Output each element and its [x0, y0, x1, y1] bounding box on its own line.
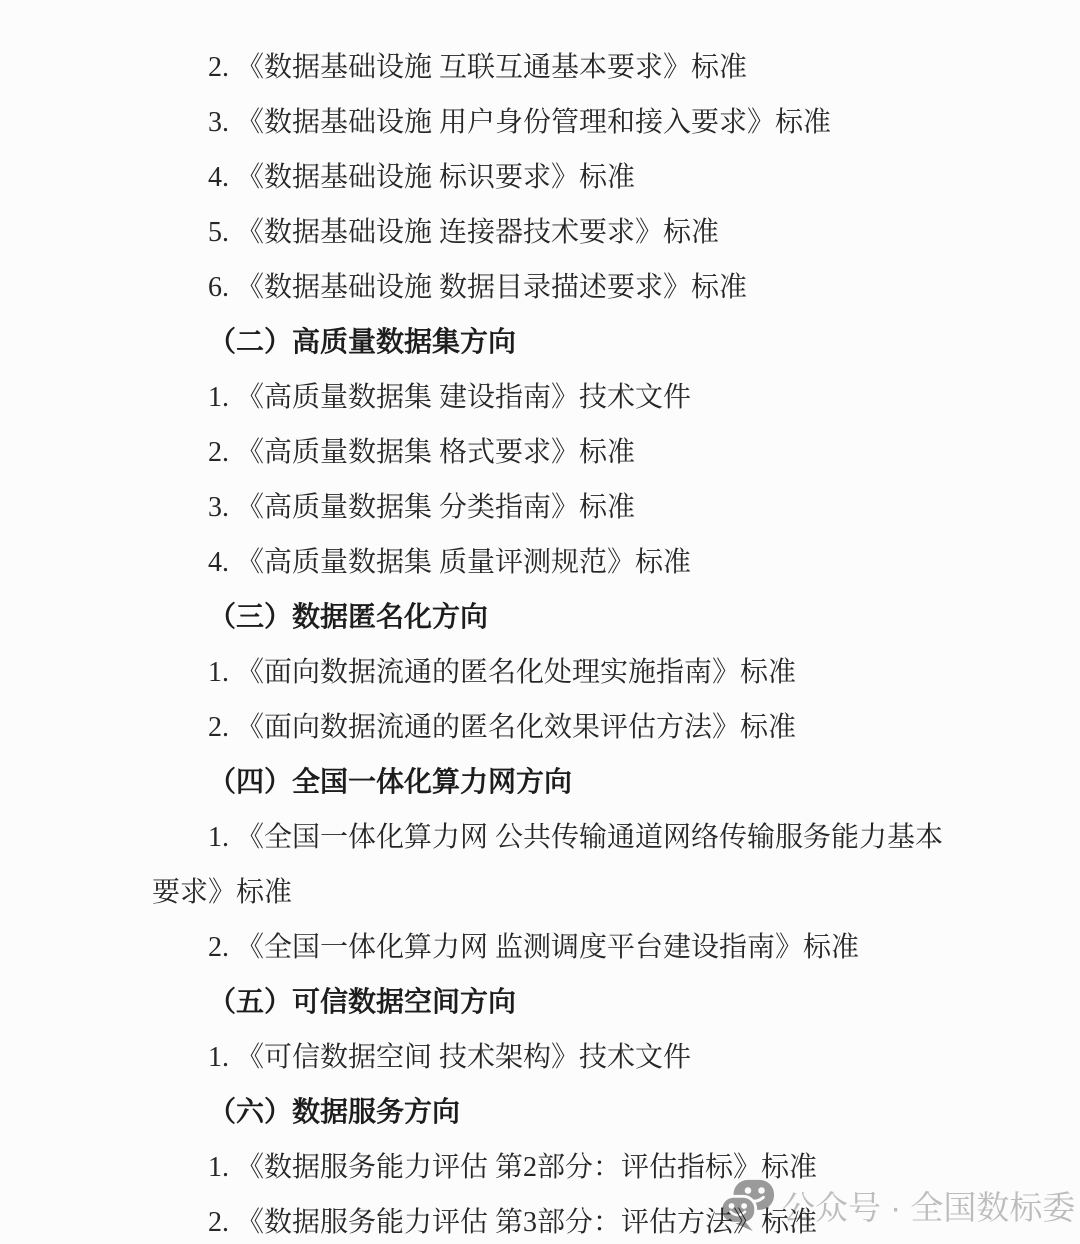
list-item: 2. 《全国一体化算力网 监测调度平台建设指南》标准 — [152, 920, 964, 975]
list-item: 3. 《高质量数据集 分类指南》标准 — [152, 480, 964, 535]
list-item: 2. 《高质量数据集 格式要求》标准 — [152, 425, 964, 480]
section-heading: （五）可信数据空间方向 — [152, 975, 964, 1030]
list-item: 2. 《数据基础设施 互联互通基本要求》标准 — [152, 40, 964, 95]
list-item: 2. 《数据服务能力评估 第3部分：评估方法》标准 — [152, 1195, 964, 1244]
list-item: 2. 《面向数据流通的匿名化效果评估方法》标准 — [152, 700, 964, 755]
list-item: 1. 《高质量数据集 建设指南》技术文件 — [152, 370, 964, 425]
section-heading: （四）全国一体化算力网方向 — [152, 755, 964, 810]
list-item: 3. 《数据基础设施 用户身份管理和接入要求》标准 — [152, 95, 964, 150]
list-item: 1. 《全国一体化算力网 公共传输通道网络传输服务能力基本要求》标准 — [152, 810, 964, 920]
list-item: 1. 《可信数据空间 技术架构》技术文件 — [152, 1030, 964, 1085]
list-item: 1. 《面向数据流通的匿名化处理实施指南》标准 — [152, 645, 964, 700]
section-heading: （三）数据匿名化方向 — [152, 590, 964, 645]
list-item: 4. 《数据基础设施 标识要求》标准 — [152, 150, 964, 205]
list-item: 5. 《数据基础设施 连接器技术要求》标准 — [152, 205, 964, 260]
list-item: 1. 《数据服务能力评估 第2部分：评估指标》标准 — [152, 1140, 964, 1195]
list-item: 4. 《高质量数据集 质量评测规范》标准 — [152, 535, 964, 590]
document-page: 2. 《数据基础设施 互联互通基本要求》标准3. 《数据基础设施 用户身份管理和… — [0, 0, 1080, 1244]
section-heading: （二）高质量数据集方向 — [152, 315, 964, 370]
section-heading: （六）数据服务方向 — [152, 1085, 964, 1140]
list-item: 6. 《数据基础设施 数据目录描述要求》标准 — [152, 260, 964, 315]
document-body: 2. 《数据基础设施 互联互通基本要求》标准3. 《数据基础设施 用户身份管理和… — [152, 40, 964, 1244]
